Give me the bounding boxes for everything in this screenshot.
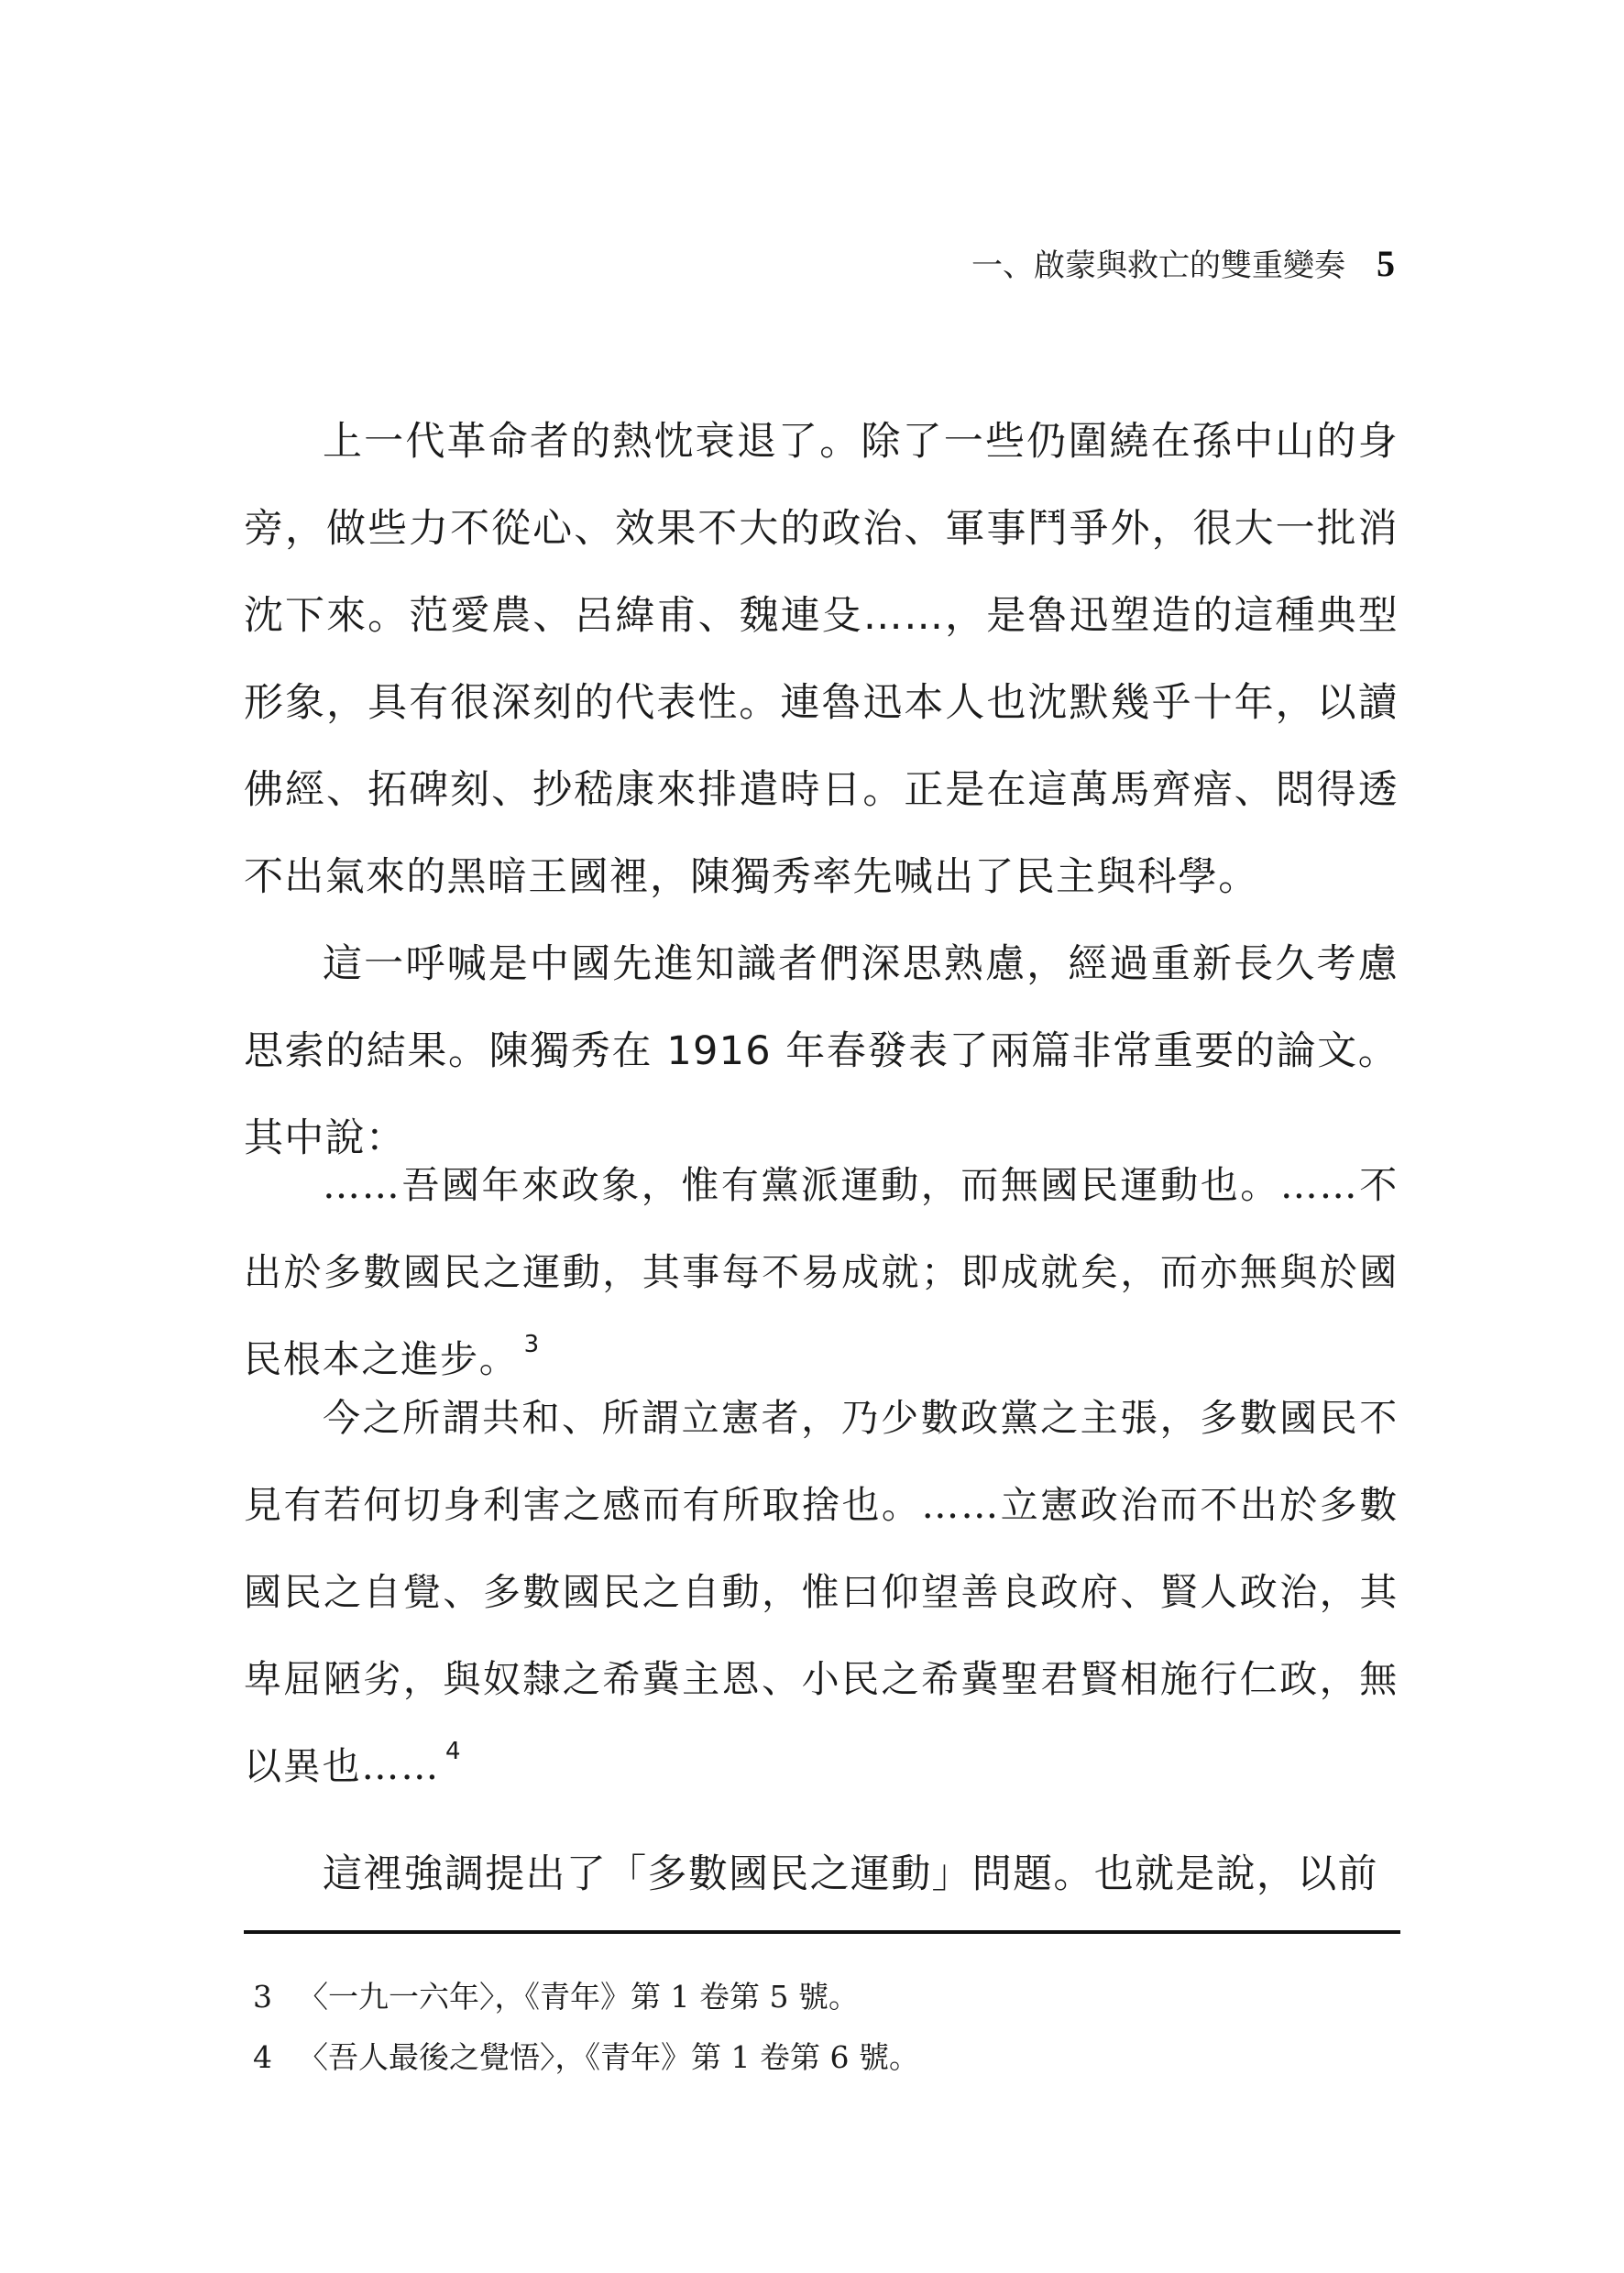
- footnote: 4 〈吾人最後之覺悟〉，《青年》第 1 卷第 6 號。: [253, 2027, 919, 2088]
- footnote-number: 4: [253, 2027, 272, 2088]
- quote-text: 今之所謂共和、所謂立憲者，乃少數政黨之主張，多數國民不見有若何切身利害之感而有所…: [244, 1396, 1399, 1788]
- footnote-text: 〈吾人最後之覺悟〉，《青年》第 1 卷第 6 號。: [298, 2027, 919, 2088]
- quote-text: ……吾國年來政象，惟有黨派運動，而無國民運動也。……不出於多數國民之運動，其事每…: [244, 1163, 1399, 1381]
- footnote-ref[interactable]: 4: [445, 1738, 462, 1765]
- footnote: 3 〈一九一六年〉，《青年》第 1 卷第 5 號。: [253, 1967, 919, 2027]
- footnotes: 3 〈一九一六年〉，《青年》第 1 卷第 5 號。 4 〈吾人最後之覺悟〉，《青…: [253, 1967, 919, 2088]
- footnote-number: 3: [253, 1967, 272, 2027]
- page-number: 5: [1377, 242, 1395, 285]
- running-head: 一、啟蒙與救亡的雙重變奏 5: [971, 240, 1395, 285]
- paragraph: 這裡強調提出了「多數國民之運動」問題。也就是說，以前: [244, 1831, 1399, 1918]
- chapter-title: 一、啟蒙與救亡的雙重變奏: [971, 240, 1345, 285]
- quote-paragraph: ……吾國年來政象，惟有黨派運動，而無國民運動也。……不出於多數國民之運動，其事每…: [244, 1142, 1399, 1403]
- quote-paragraph: 今之所謂共和、所謂立憲者，乃少數政黨之主張，多數國民不見有若何切身利害之感而有所…: [244, 1375, 1399, 1810]
- footnote-ref[interactable]: 3: [524, 1331, 541, 1358]
- body-text-continuation: 這裡強調提出了「多數國民之運動」問題。也就是說，以前: [244, 1831, 1399, 1918]
- paragraph: 上一代革命者的熱忱衰退了。除了一些仍圍繞在孫中山的身旁，做些力不從心、效果不大的…: [244, 399, 1399, 921]
- body-text: 上一代革命者的熱忱衰退了。除了一些仍圍繞在孫中山的身旁，做些力不從心、效果不大的…: [244, 399, 1399, 1182]
- footnote-text: 〈一九一六年〉，《青年》第 1 卷第 5 號。: [298, 1967, 859, 2027]
- footnote-divider: [244, 1930, 1400, 1934]
- block-quote: ……吾國年來政象，惟有黨派運動，而無國民運動也。……不出於多數國民之運動，其事每…: [244, 1142, 1399, 1403]
- block-quote: 今之所謂共和、所謂立憲者，乃少數政黨之主張，多數國民不見有若何切身利害之感而有所…: [244, 1375, 1399, 1810]
